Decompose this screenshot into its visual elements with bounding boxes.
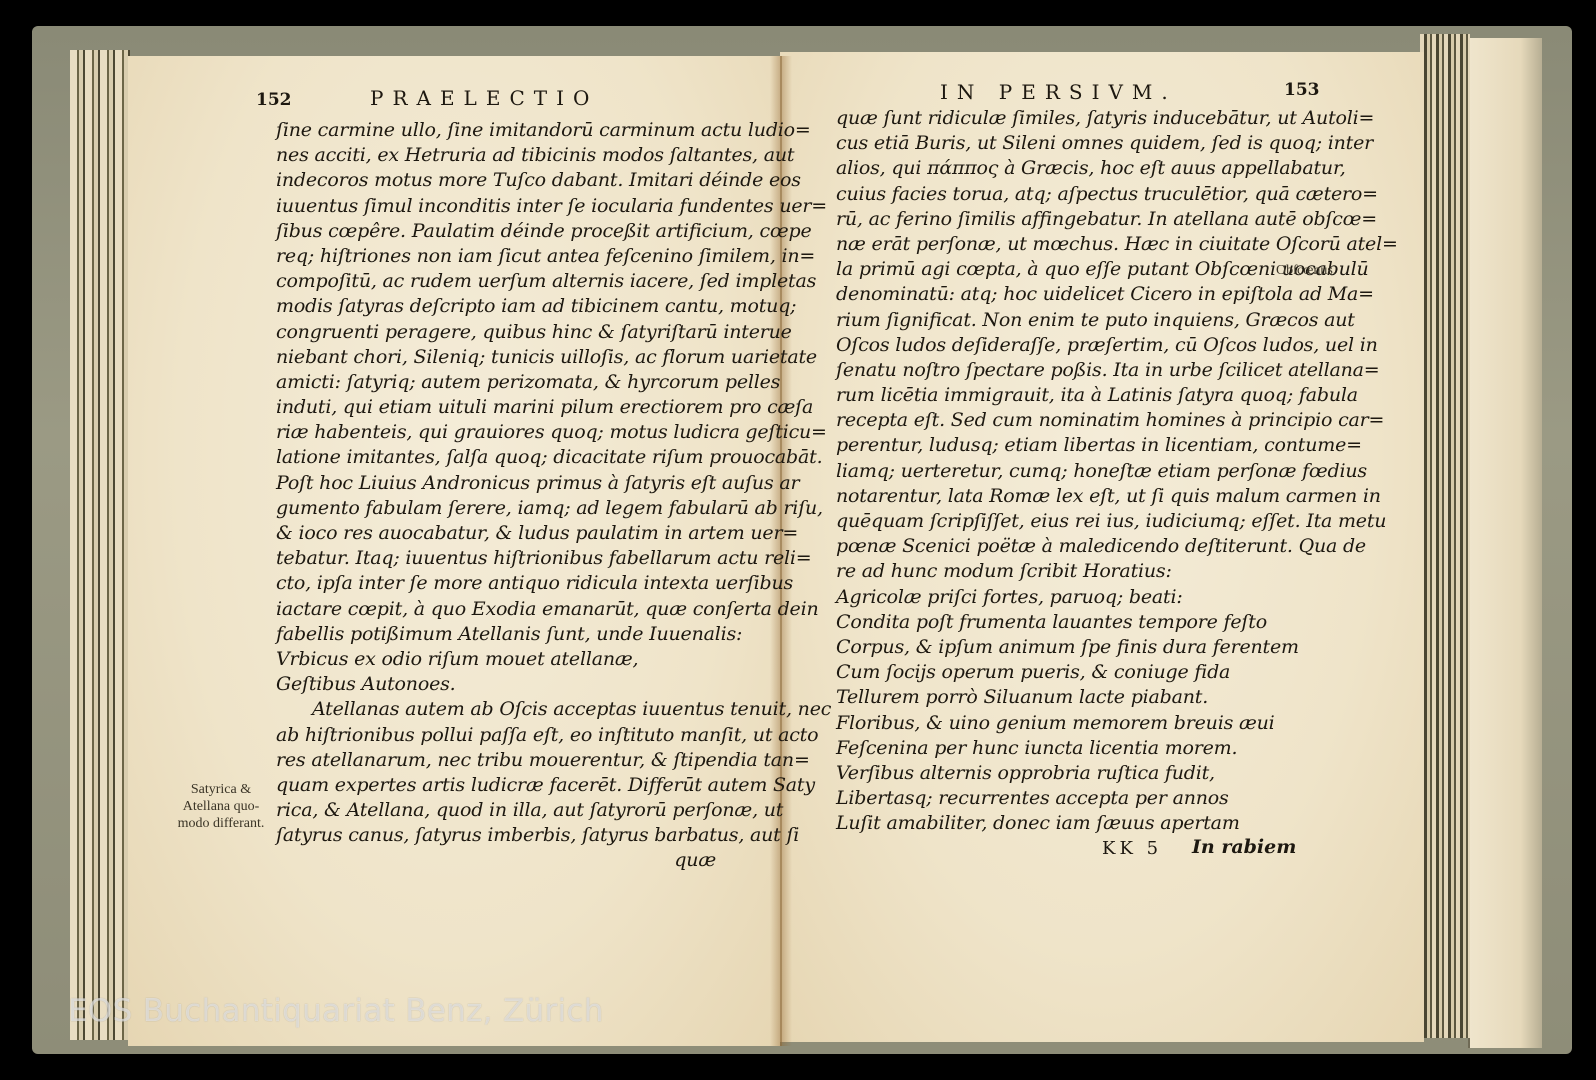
right-running-head: IN PERSIVM. — [940, 80, 1177, 104]
text-line: res atellanarum, nec tribu mouerentur, &… — [276, 748, 716, 773]
catchword: quæ — [276, 848, 716, 873]
signature-mark: KK 5 — [1102, 838, 1162, 859]
text-line: latione imitantes, ſalſa quoq; dicacitat… — [276, 445, 716, 470]
text-line: req; hiſtriones non iam ſicut antea feſc… — [276, 244, 716, 269]
text-line: pœnæ Scenici poëtæ à maledicendo deſtite… — [836, 534, 1276, 559]
text-line: ſine carmine ullo, ſine imitandorū carmi… — [276, 118, 716, 143]
paragraph-start-line: Atellanas autem ab Oſcis acceptas iuuent… — [276, 697, 716, 722]
page-edges-left — [70, 50, 130, 1040]
text-line: modis ſatyras deſcripto iam ad tibicinem… — [276, 294, 716, 319]
verse-line: Libertasq; recurrentes accepta per annos — [836, 786, 1276, 811]
text-line: indecoros motus more Tuſco dabant. Imita… — [276, 168, 716, 193]
verse-line: Corpus, & ipſum animum ſpe finis dura fe… — [836, 635, 1276, 660]
text-line: notarentur, lata Romæ lex eſt, ut ſi qui… — [836, 484, 1276, 509]
left-body-text: ſine carmine ullo, ſine imitandorū carmi… — [276, 118, 716, 874]
text-line: tebatur. Itaq; iuuentus hiſtrionibus fab… — [276, 546, 716, 571]
watermark: EOS Buchantiquariat Benz, Zürich — [68, 993, 604, 1029]
page-edges-right — [1420, 34, 1470, 1038]
text-line: Poſt hoc Liuius Andronicus primus à ſaty… — [276, 471, 716, 496]
text-line: næ erāt perſonæ, ut mœchus. Hæc in ciuit… — [836, 232, 1276, 257]
verse-line: Floribus, & uino genium memorem breuis æ… — [836, 711, 1276, 736]
text-line: ſenatu noſtro ſpectare poßis. Ita in urb… — [836, 358, 1276, 383]
text-line: iuuentus ſimul inconditis inter ſe iocul… — [276, 194, 716, 219]
text-line: fabellis potißimum Atellanis ſunt, unde … — [276, 622, 716, 647]
text-line: perentur, ludusq; etiam libertas in lice… — [836, 433, 1276, 458]
text-line: la primū agi cœpta, à quo eſſe putant Ob… — [836, 257, 1276, 282]
text-line: Oſcos ludos deſideraſſe, præſertim, cū O… — [836, 333, 1276, 358]
marginal-note-line: Atellana quo- — [168, 798, 274, 815]
text-line: gumento fabulam ſerere, iamq; ad legem f… — [276, 496, 716, 521]
verse-line: Agricolæ priſci fortes, paruoq; beati: — [836, 585, 1276, 610]
text-line: compoſitū, ac rudem uerſum alternis iace… — [276, 269, 716, 294]
right-folio: 153 — [1284, 80, 1320, 100]
text-line: ab hiſtrionibus pollui paſſa eſt, eo inſ… — [276, 723, 716, 748]
text-line: rum licētia immigrauit, ita à Latinis ſa… — [836, 383, 1276, 408]
back-cover-board — [1468, 38, 1542, 1048]
text-line: rium ſignificat. Non enim te puto inquie… — [836, 308, 1276, 333]
verse-line: Verſibus alternis opprobria ruſtica fudi… — [836, 761, 1276, 786]
text-line: re ad hunc modum ſcribit Horatius: — [836, 559, 1276, 584]
text-line: cto, ipſa inter ſe more antiquo ridicula… — [276, 571, 716, 596]
text-line: rū, ac ferino ſimilis affingebatur. In a… — [836, 207, 1276, 232]
text-line: amicti: ſatyriq; autem perizomata, & hyr… — [276, 370, 716, 395]
marginal-note-line: modo differant. — [168, 815, 274, 832]
text-line: quæ ſunt ridiculæ ſimiles, ſatyris induc… — [836, 106, 1276, 131]
text-line: induti, qui etiam uituli marini pilum er… — [276, 395, 716, 420]
text-line: cus etiā Buris, ut Sileni omnes quidem, … — [836, 131, 1276, 156]
text-line: quam expertes artis ludicræ facerēt. Dif… — [276, 773, 716, 798]
verse-line: Tellurem porrò Siluanum lacte piabant. — [836, 685, 1276, 710]
text-line: nes acciti, ex Hetruria ad tibicinis mod… — [276, 143, 716, 168]
right-body-text: quæ ſunt ridiculæ ſimiles, ſatyris induc… — [836, 106, 1276, 836]
text-line: liamq; uerteretur, cumq; honeſtæ etiam p… — [836, 459, 1276, 484]
text-line: ſibus cœpêre. Paulatim déinde proceßit a… — [276, 219, 716, 244]
right-marginal-note: Obſcœnus. — [1276, 262, 1336, 279]
verse-line: Cum ſocijs operum pueris, & coniuge fida — [836, 660, 1276, 685]
text-line: riæ habenteis, qui grauiores quoq; motus… — [276, 420, 716, 445]
text-line: iactare cœpit, à quo Exodia emanarūt, qu… — [276, 597, 716, 622]
text-line: denominatū: atq; hoc uidelicet Cicero in… — [836, 282, 1276, 307]
verse-line: Geſtibus Autonoes. — [276, 672, 716, 697]
verse-line: Vrbicus ex odio riſum mouet atellanæ, — [276, 647, 716, 672]
text-line: quēquam ſcripſiſſet, eius rei ius, iudic… — [836, 509, 1276, 534]
catchword: In rabiem — [1192, 836, 1296, 858]
text-line: congruenti peragere, quibus hinc & ſatyr… — [276, 320, 716, 345]
text-line: rica, & Atellana, quod in illa, aut ſaty… — [276, 798, 716, 823]
text-line: niebant chori, Sileniq; tunicis uilloſis… — [276, 345, 716, 370]
text-line: recepta eſt. Sed cum nominatim homines à… — [836, 408, 1276, 433]
text-line: cuius facies torua, atq; aſpectus trucul… — [836, 182, 1276, 207]
left-marginal-note: Satyrica & Atellana quo- modo differant. — [168, 781, 274, 832]
verse-line: Luſit amabiliter, donec iam ſæuus aperta… — [836, 811, 1276, 836]
marginal-note-line: Satyrica & — [168, 781, 274, 798]
text-line: ſatyrus canus, ſatyrus imberbis, ſatyrus… — [276, 823, 716, 848]
left-running-head: PRAELECTIO — [370, 86, 598, 110]
verse-line: Condita poſt frumenta lauantes tempore f… — [836, 610, 1276, 635]
text-line: & ioco res auocabatur, & ludus paulatim … — [276, 521, 716, 546]
verse-line: Feſcenina per hunc iuncta licentia morem… — [836, 736, 1276, 761]
left-folio: 152 — [256, 90, 292, 110]
text-line: alios, qui πάππος à Græcis, hoc eſt auus… — [836, 156, 1276, 181]
